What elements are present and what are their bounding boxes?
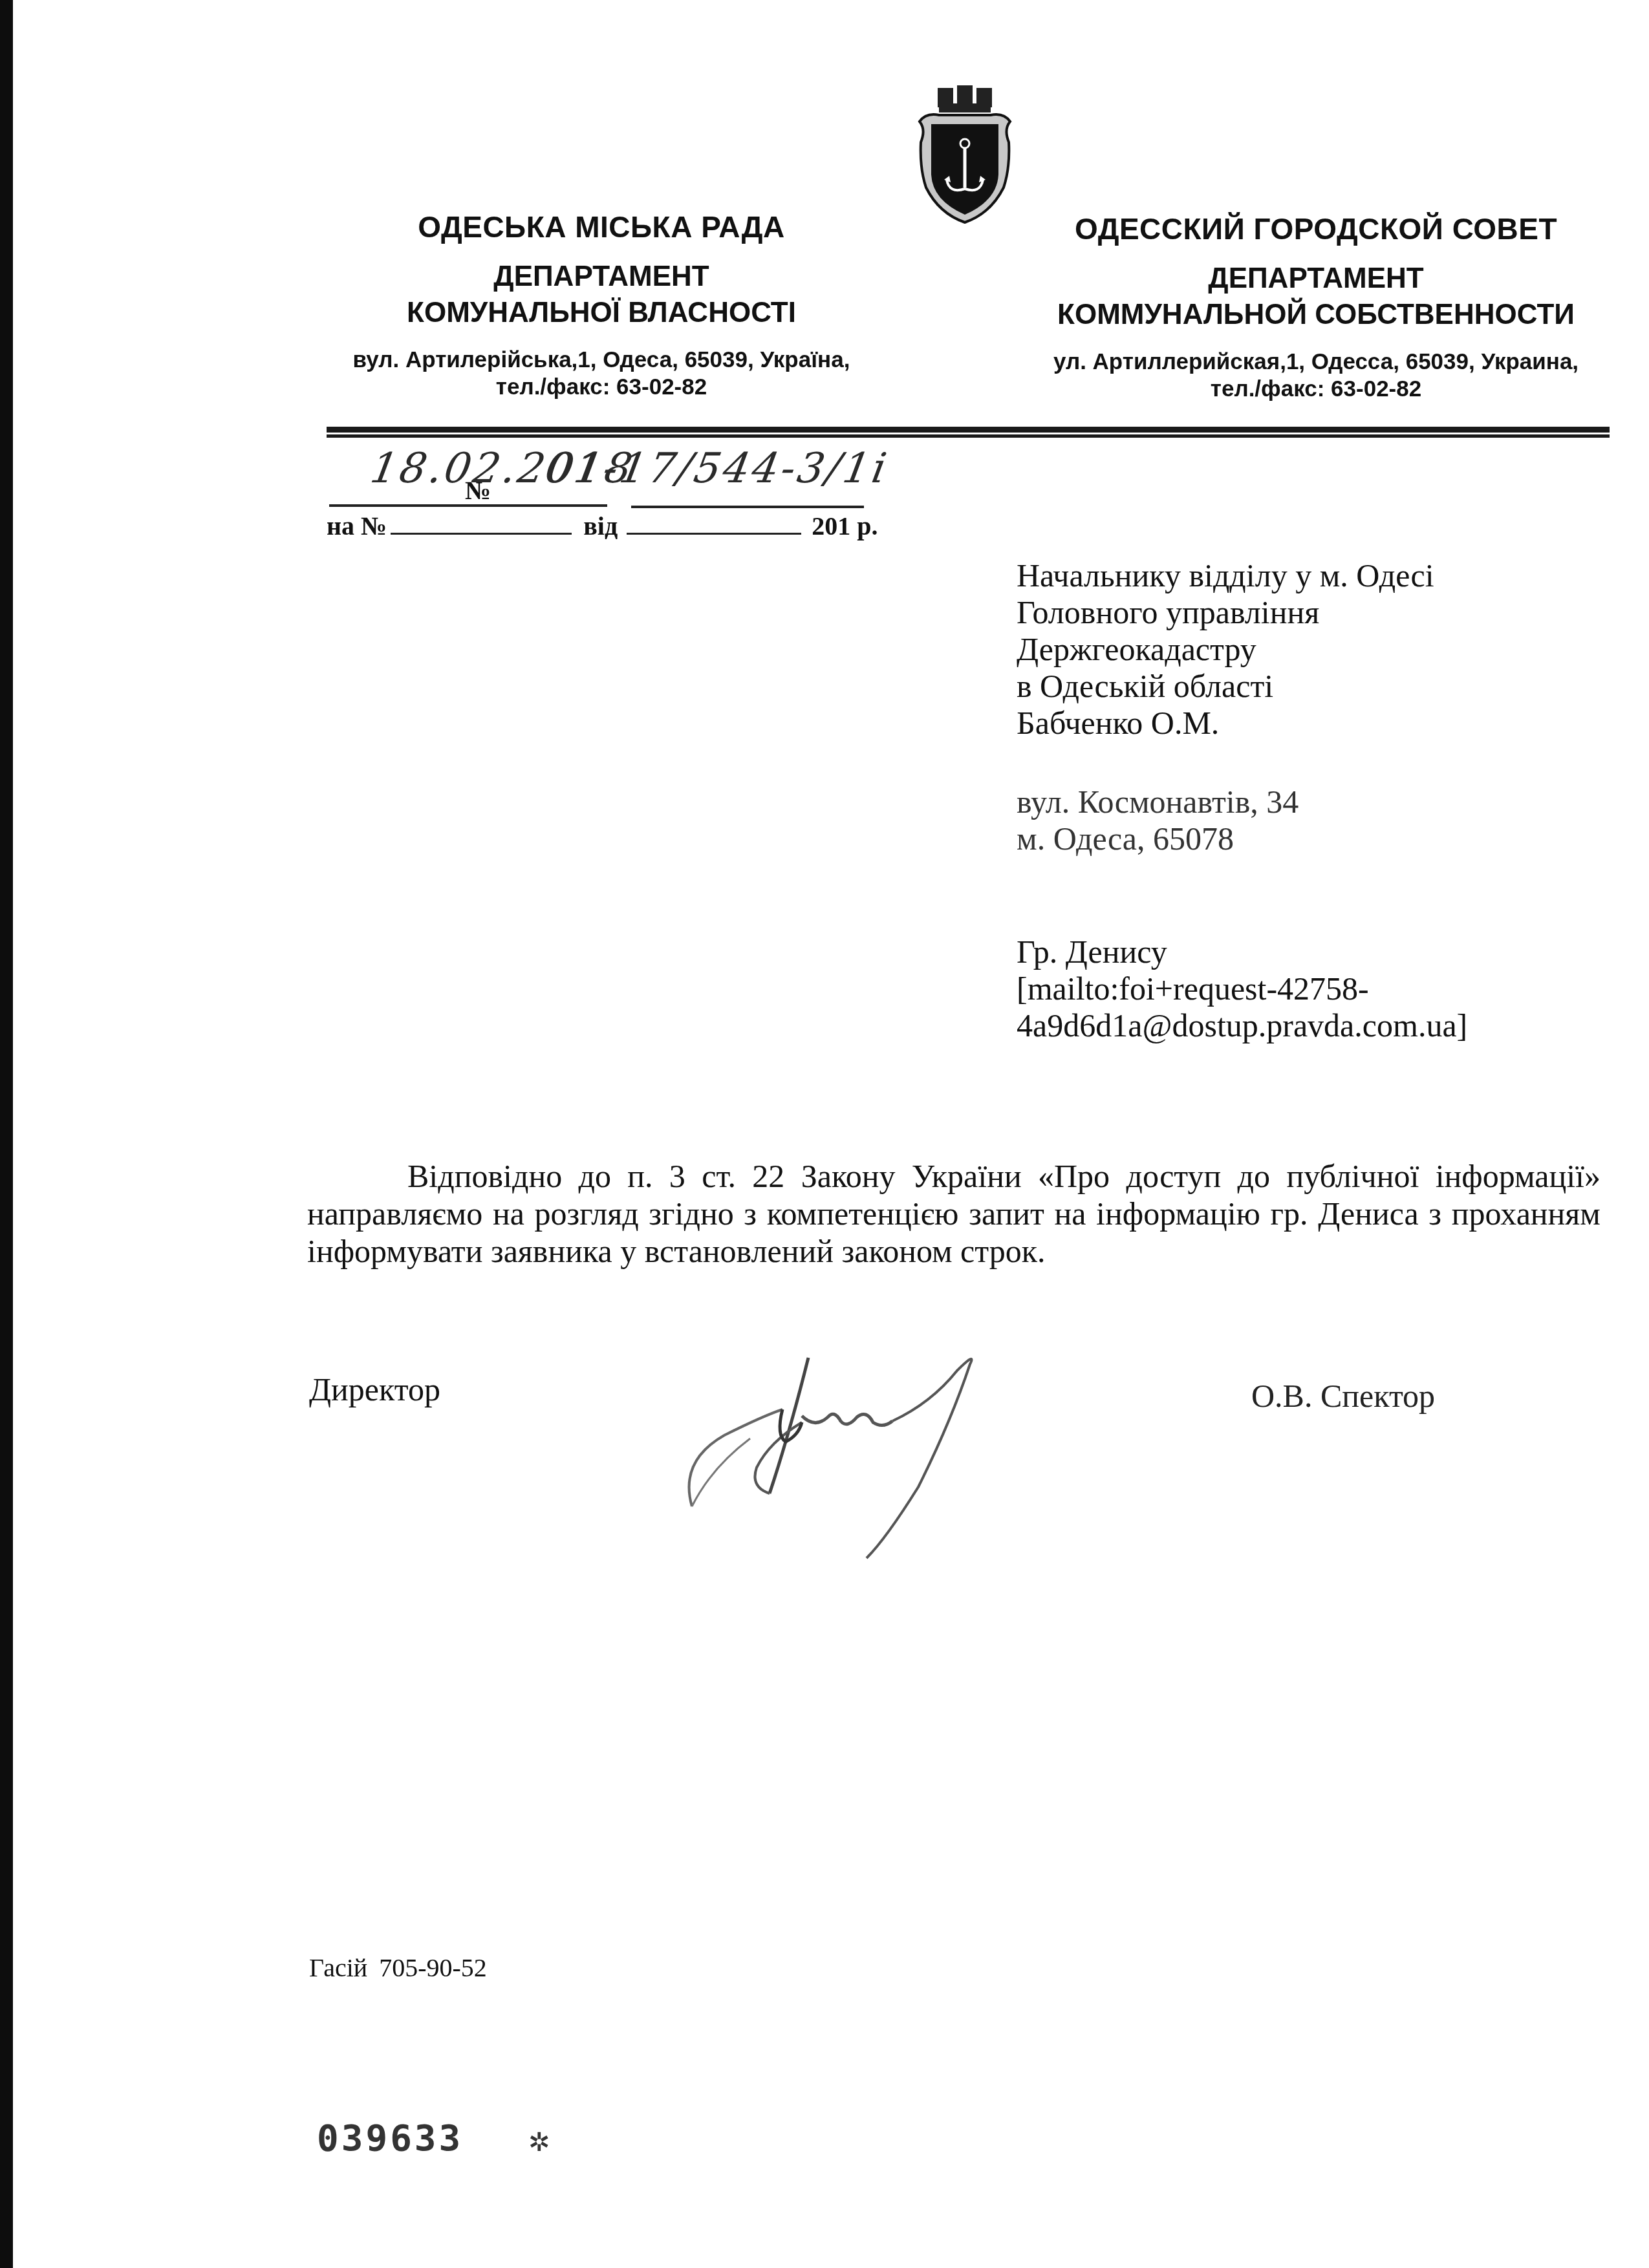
copy-recipient: Гр. Денису [1017,934,1467,970]
department-line1-ru: ДЕПАРТАМЕНТ [1012,261,1620,297]
header-russian: ОДЕССКИЙ ГОРОДСКОЙ СОВЕТ ДЕПАРТАМЕНТ КОМ… [1012,210,1620,403]
registration-number: 01-17/544-3/1і [541,445,892,493]
recipient-email-line1[interactable]: [mailto:foi+request-42758- [1017,970,1467,1007]
body-paragraph: Відповідно до п. 3 ст. 22 Закону України… [307,1157,1600,1270]
header-divider [327,427,1610,440]
reference-prefix: на № [327,511,387,540]
department-line2-ua: КОМУНАЛЬНОЇ ВЛАСНОСТІ [317,295,886,331]
recipient-email-line2[interactable]: 4a9d6d1a@dostup.pravda.com.ua] [1017,1007,1467,1044]
addressee-line: Начальнику відділу у м. Одесі [1017,557,1467,594]
date-underline [329,504,607,507]
signer-name: О.В. Спектор [1251,1377,1435,1415]
number-sign: № [465,475,491,506]
address-ua: вул. Артилерійська,1, Одеса, 65039, Укра… [317,347,886,374]
executor-contact: Гасій 705-90-52 [309,1952,487,1983]
signer-position: Директор [309,1371,440,1408]
addressee-line: в Одеській області [1017,668,1467,705]
addressee-line: Головного управління [1017,594,1467,631]
reference-date-blank [627,513,801,535]
phone-ru: тел./факс: 63-02-82 [1012,376,1620,403]
addressee-city: м. Одеса, 65078 [1017,820,1467,857]
header-ukrainian: ОДЕСЬКА МІСЬКА РАДА ДЕПАРТАМЕНТ КОМУНАЛЬ… [317,208,886,401]
addressee-line: Держгеокадастру [1017,631,1467,668]
letter-body: Відповідно до п. 3 ст. 22 Закону України… [307,1157,1600,1270]
address-ru: ул. Артиллерийская,1, Одесса, 65039, Укр… [1012,348,1620,376]
organization-name-ua: ОДЕСЬКА МІСЬКА РАДА [317,208,886,246]
letter-page: ОДЕСЬКА МІСЬКА РАДА ДЕПАРТАМЕНТ КОМУНАЛЬ… [0,0,1649,2268]
reference-from-label: від [583,511,618,540]
reference-number-blank [391,513,572,535]
handwritten-signature [673,1345,1138,1565]
reference-year: 201 р. [812,511,878,540]
registration-line: 18.02.2018 № 01-17/544-3/1і [319,440,1031,511]
phone-ua: тел./факс: 63-02-82 [317,374,886,401]
reference-line: на №від201 р. [327,511,878,541]
form-serial-number: 039633 [317,2117,463,2159]
odesa-coat-of-arms-icon [913,84,1017,226]
number-underline [631,506,864,508]
organization-name-ru: ОДЕССКИЙ ГОРОДСКОЙ СОВЕТ [1012,210,1620,248]
asterisk-stamp-icon: ✲ [528,2127,550,2157]
addressee-block: Начальнику відділу у м. Одесі Головного … [1017,557,1467,1044]
department-line1-ua: ДЕПАРТАМЕНТ [317,259,886,295]
addressee-name: Бабченко О.М. [1017,705,1467,742]
addressee-street: вул. Космонавтів, 34 [1017,784,1467,820]
department-line2-ru: КОММУНАЛЬНОЙ СОБСТВЕННОСТИ [1012,297,1620,333]
